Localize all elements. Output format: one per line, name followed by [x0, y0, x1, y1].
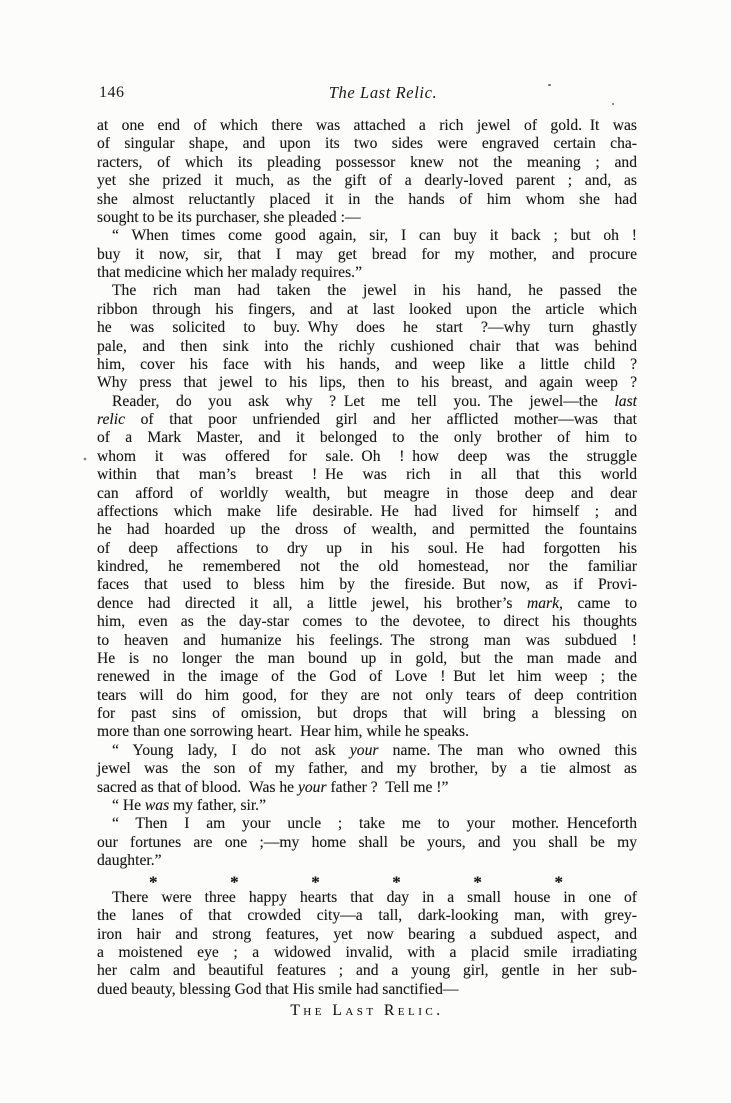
running-title: The Last Relic. [97, 83, 637, 103]
asterisk-glyph: * [149, 874, 158, 892]
text-line: “ He was my father, sir.” [97, 797, 637, 815]
text-line: dence had directed it all, a little jewe… [97, 595, 637, 613]
text-line: iron hair and strong features, yet now b… [97, 926, 637, 944]
text-line: The rich man had taken the jewel in his … [97, 282, 637, 300]
text-line: of a Mark Master, and it belonged to the… [97, 429, 637, 447]
text-line: of singular shape, and upon its two side… [97, 135, 637, 153]
text-line: renewed in the image of the God of Love … [97, 668, 637, 686]
text-line: pale, and then sink into the richly cush… [97, 338, 637, 356]
page-body: at one end of which there was attached a… [97, 117, 637, 999]
text-line: for past sins of omission, but drops tha… [97, 705, 637, 723]
text-line: he had hoarded up the dross of wealth, a… [97, 521, 637, 539]
footer-title: The Last Relic. [97, 1002, 637, 1020]
book-page: 146 The Last Relic. at one end of which … [0, 0, 731, 1103]
text-line: of deep affections to dry up in his soul… [97, 540, 637, 558]
text-line: faces that used to bless him by the fire… [97, 576, 637, 594]
text-line: our fortunes are one ;—my home shall be … [97, 834, 637, 852]
text-line: ribbon through his fingers, and at last … [97, 301, 637, 319]
text-line: buy it now, sir, that I may get bread fo… [97, 246, 637, 264]
text-line: to heaven and humanize his feelings. The… [97, 632, 637, 650]
text-line: relic of that poor unfriended girl and h… [97, 411, 637, 429]
page-header: 146 The Last Relic. [97, 83, 637, 105]
text-line: within that man’s breast ! He was rich i… [97, 466, 637, 484]
text-line: she almost reluctantly placed it in the … [97, 191, 637, 209]
text-line: him, cover his face with his hands, and … [97, 356, 637, 374]
asterisk-glyph: * [311, 874, 320, 892]
text-line: He is no longer the man bound up in gold… [97, 650, 637, 668]
text-line: the lanes of that crowded city—a tall, d… [97, 907, 637, 925]
text-line: Reader, do you ask why ? Let me tell you… [97, 393, 637, 411]
text-line: yet she prized it much, as the gift of a… [97, 172, 637, 190]
asterisk-separator: ****** [97, 870, 637, 888]
text-line: affections which make life desirable. He… [97, 503, 637, 521]
text-line: a moistened eye ; a widowed invalid, wit… [97, 944, 637, 962]
ink-speck [548, 84, 551, 86]
text-line: daughter.” [97, 852, 637, 870]
text-line: her calm and beautiful features ; and a … [97, 962, 637, 980]
text-line: sacred as that of blood. Was he your fat… [97, 779, 637, 797]
ink-speck [83, 457, 87, 461]
asterisk-glyph: * [392, 874, 401, 892]
text-line: that medicine which her malady requires.… [97, 264, 637, 282]
text-line: sought to be its purchaser, she pleaded … [97, 209, 637, 227]
text-line: Why press that jewel to his lips, then t… [97, 374, 637, 392]
text-line: he was solicited to buy. Why does he sta… [97, 319, 637, 337]
text-line: at one end of which there was attached a… [97, 117, 637, 135]
ink-speck [612, 103, 614, 105]
text-line: “ When times come good again, sir, I can… [97, 227, 637, 245]
text-line: racters, of which its pleading possessor… [97, 154, 637, 172]
text-line: more than one sorrowing heart. Hear him,… [97, 723, 637, 741]
text-line: “ Young lady, I do not ask your name. Th… [97, 742, 637, 760]
text-line: tears will do him good, for they are not… [97, 687, 637, 705]
text-line: dued beauty, blessing God that His smile… [97, 981, 637, 999]
text-line: him, even as the day-star comes to the d… [97, 613, 637, 631]
text-line: “ Then I am your uncle ; take me to your… [97, 815, 637, 833]
text-line: whom it was offered for sale. Oh ! how d… [97, 448, 637, 466]
text-line: kindred, he remembered not the old homes… [97, 558, 637, 576]
asterisk-glyph: * [554, 874, 563, 892]
text-line: can afford of worldly wealth, but meagre… [97, 485, 637, 503]
text-line: jewel was the son of my father, and my b… [97, 760, 637, 778]
asterisk-glyph: * [473, 874, 482, 892]
asterisk-glyph: * [230, 874, 239, 892]
